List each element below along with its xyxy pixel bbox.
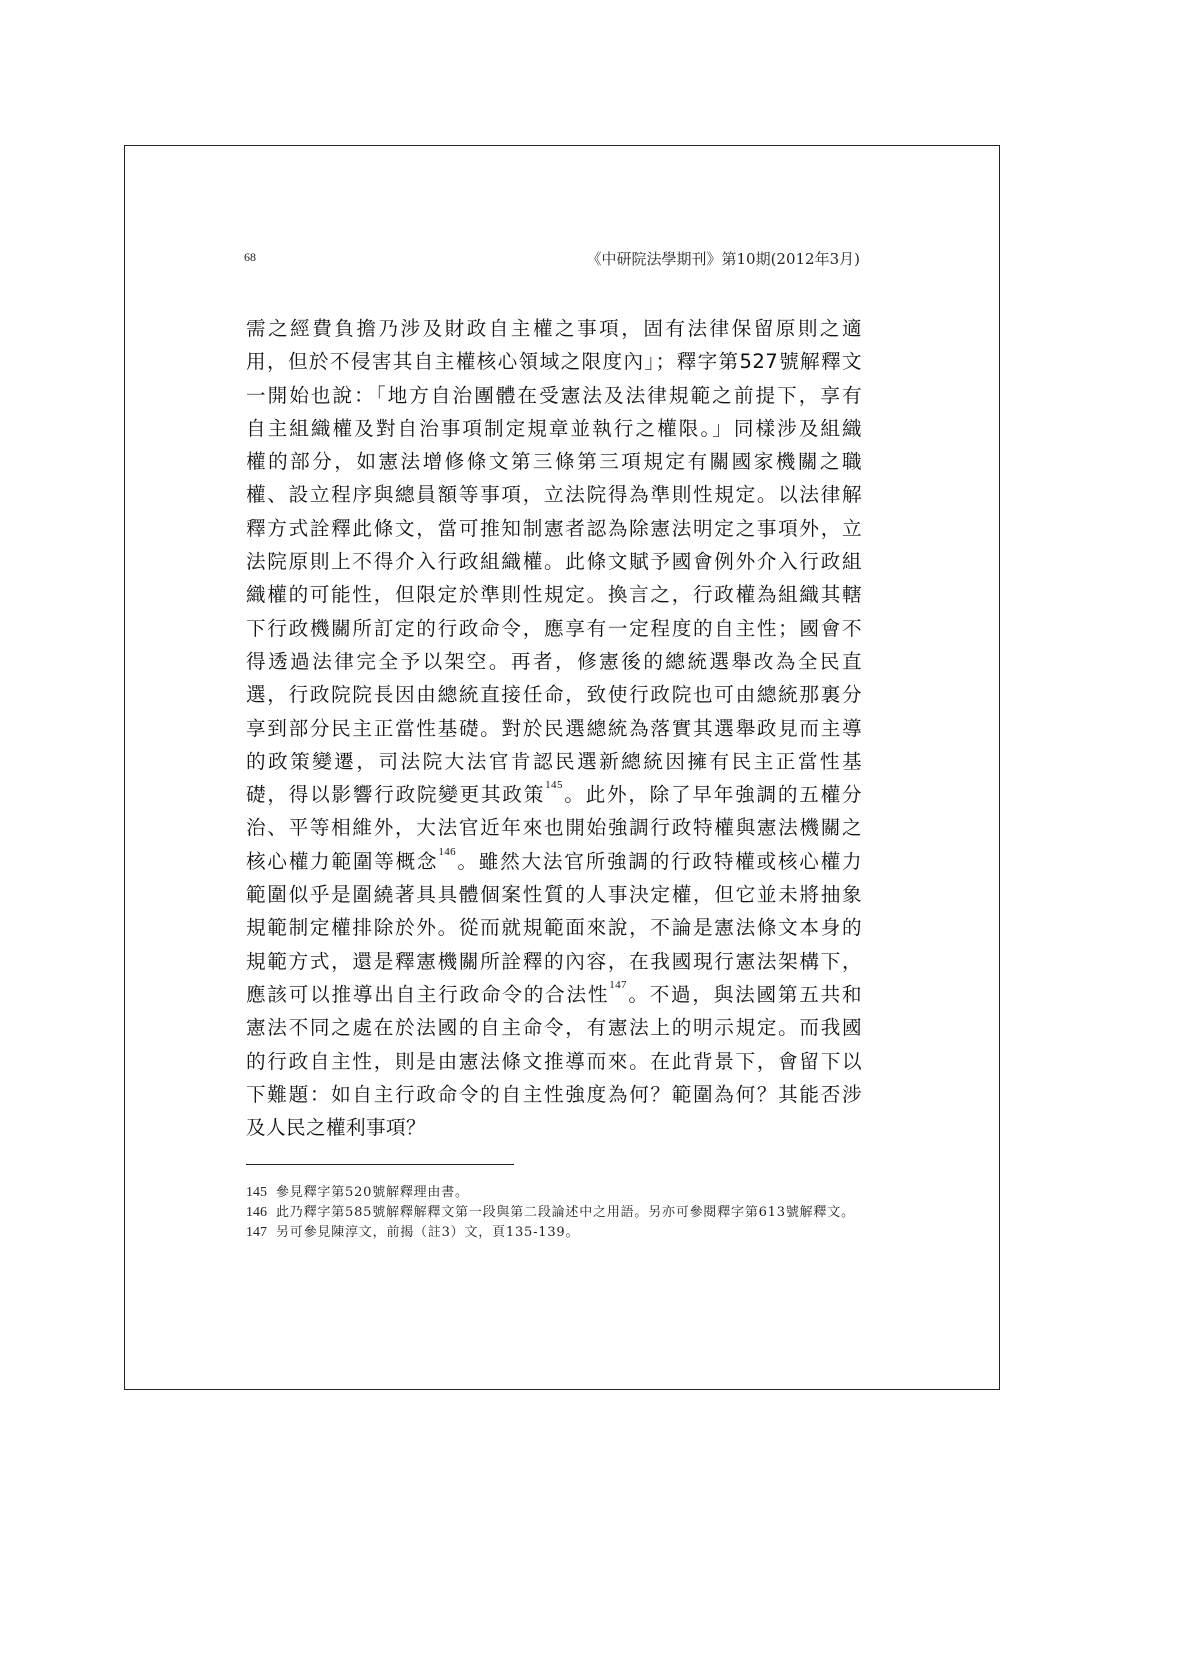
line-text: 權、設立程序與總員額等事項，立法院得為準則性規定。以法律解 <box>246 483 862 506</box>
footnote-text: 另可參見陳淳文，前揭（註3）文，頁135-139。 <box>276 1223 862 1243</box>
text-line: 應該可以推導出自主行政命令的合法性147。不過，與法國第五共和 <box>246 978 862 1011</box>
line-text: 。不過，與法國第五共和 <box>627 983 862 1006</box>
text-line: 享到部分民主正當性基礎。對於民選總統為落實其選舉政見而主導 <box>246 712 862 745</box>
line-text: 織權的可能性，但限定於準則性規定。換言之，行政權為組織其轄 <box>246 583 862 606</box>
text-line: 治、平等相維外，大法官近年來也開始強調行政特權與憲法機關之 <box>246 811 862 844</box>
footnotes: 145 參見釋字第520號解釋理由書。 146 此乃釋字第585號解釋解釋文第一… <box>246 1183 862 1243</box>
line-text: 核心權力範圍等概念 <box>246 850 438 873</box>
text-line: 織權的可能性，但限定於準則性規定。換言之，行政權為組織其轄 <box>246 578 862 611</box>
text-line: 用，但於不侵害其自主權核心領域之限度內」；釋字第527號解釋文 <box>246 345 862 378</box>
line-text: 得透過法律完全予以架空。再者，修憲後的總統選舉改為全民直 <box>246 650 862 673</box>
line-text: 的政策變遷，司法院大法官肯認民選新總統因擁有民主正當性基 <box>246 750 862 773</box>
line-text: 憲法不同之處在於法國的自主命令，有憲法上的明示規定。而我國 <box>246 1016 862 1039</box>
journal-title: 《中研院法學期刊》第10期(2012年3月) <box>586 248 860 269</box>
text-line: 法院原則上不得介入行政組織權。此條文賦予國會例外介入行政組 <box>246 545 862 578</box>
text-line: 得透過法律完全予以架空。再者，修憲後的總統選舉改為全民直 <box>246 645 862 678</box>
line-text: 自主組織權及對自治事項制定規章並執行之權限。」同樣涉及組織 <box>246 417 862 440</box>
line-text: 及人民之權利事項？ <box>246 1116 426 1139</box>
line-text: 治、平等相維外，大法官近年來也開始強調行政特權與憲法機關之 <box>246 816 862 839</box>
line-text: 下行政機關所訂定的行政命令，應享有一定程度的自主性；國會不 <box>246 617 862 640</box>
footnote-ref-147[interactable]: 147 <box>609 979 627 991</box>
line-text: 用，但於不侵害其自主權核心領域之限度內」；釋字第527號解釋文 <box>246 350 862 373</box>
line-text: 下難題：如自主行政命令的自主性強度為何？範圍為何？其能否涉 <box>246 1083 862 1106</box>
footnote-146: 146 此乃釋字第585號解釋解釋文第一段與第二段論述中之用語。另亦可參閱釋字第… <box>246 1203 862 1223</box>
footnote-text: 此乃釋字第585號解釋解釋文第一段與第二段論述中之用語。另亦可參閱釋字第613號… <box>276 1203 862 1223</box>
text-line: 核心權力範圍等概念146。雖然大法官所強調的行政特權或核心權力 <box>246 845 862 878</box>
footnote-number: 145 <box>246 1183 276 1203</box>
line-text: 礎，得以影響行政院變更其政策 <box>246 783 545 806</box>
text-line: 規範方式，還是釋憲機關所詮釋的內容，在我國現行憲法架構下， <box>246 945 862 978</box>
footnote-147: 147 另可參見陳淳文，前揭（註3）文，頁135-139。 <box>246 1223 862 1243</box>
line-text: 享到部分民主正當性基礎。對於民選總統為落實其選舉政見而主導 <box>246 717 862 740</box>
text-line: 憲法不同之處在於法國的自主命令，有憲法上的明示規定。而我國 <box>246 1011 862 1044</box>
line-text: 。雖然大法官所強調的行政特權或核心權力 <box>456 850 862 873</box>
footnote-text: 參見釋字第520號解釋理由書。 <box>276 1183 862 1203</box>
line-text: 選，行政院院長因由總統直接任命，致使行政院也可由總統那裏分 <box>246 683 862 706</box>
footnote-ref-145[interactable]: 145 <box>545 779 563 791</box>
footnote-number: 147 <box>246 1223 276 1243</box>
running-header: 68 《中研院法學期刊》第10期(2012年3月) <box>244 248 860 268</box>
line-text: 應該可以推導出自主行政命令的合法性 <box>246 983 609 1006</box>
text-line: 及人民之權利事項？ <box>246 1111 862 1144</box>
text-line: 需之經費負擔乃涉及財政自主權之事項，固有法律保留原則之適 <box>246 312 862 345</box>
text-line: 規範制定權排除於外。從而就規範面來說，不論是憲法條文本身的 <box>246 911 862 944</box>
footnote-separator <box>246 1164 514 1165</box>
text-line: 權的部分，如憲法增修條文第三條第三項規定有關國家機關之職 <box>246 445 862 478</box>
footnote-number: 146 <box>246 1203 276 1223</box>
line-text: 規範方式，還是釋憲機關所詮釋的內容，在我國現行憲法架構下， <box>246 950 862 973</box>
line-text: 一開始也說：「地方自治團體在受憲法及法律規範之前提下，享有 <box>246 384 862 407</box>
line-text: 範圍似乎是圍繞著具具體個案性質的人事決定權，但它並未將抽象 <box>246 883 862 906</box>
text-line: 的政策變遷，司法院大法官肯認民選新總統因擁有民主正當性基 <box>246 745 862 778</box>
text-line: 下行政機關所訂定的行政命令，應享有一定程度的自主性；國會不 <box>246 612 862 645</box>
text-line: 權、設立程序與總員額等事項，立法院得為準則性規定。以法律解 <box>246 478 862 511</box>
line-text: 需之經費負擔乃涉及財政自主權之事項，固有法律保留原則之適 <box>246 317 862 340</box>
text-line: 釋方式詮釋此條文，當可推知制憲者認為除憲法明定之事項外，立 <box>246 512 862 545</box>
text-line: 範圍似乎是圍繞著具具體個案性質的人事決定權，但它並未將抽象 <box>246 878 862 911</box>
text-line: 礎，得以影響行政院變更其政策145。此外，除了早年強調的五權分 <box>246 778 862 811</box>
line-text: 規範制定權排除於外。從而就規範面來說，不論是憲法條文本身的 <box>246 916 862 939</box>
text-line: 一開始也說：「地方自治團體在受憲法及法律規範之前提下，享有 <box>246 379 862 412</box>
text-line: 自主組織權及對自治事項制定規章並執行之權限。」同樣涉及組織 <box>246 412 862 445</box>
line-text: 權的部分，如憲法增修條文第三條第三項規定有關國家機關之職 <box>246 450 862 473</box>
line-text: 法院原則上不得介入行政組織權。此條文賦予國會例外介入行政組 <box>246 550 862 573</box>
footnote-145: 145 參見釋字第520號解釋理由書。 <box>246 1183 862 1203</box>
text-line: 下難題：如自主行政命令的自主性強度為何？範圍為何？其能否涉 <box>246 1078 862 1111</box>
body-paragraph: 需之經費負擔乃涉及財政自主權之事項，固有法律保留原則之適 用，但於不侵害其自主權… <box>246 312 862 1144</box>
text-line: 的行政自主性，則是由憲法條文推導而來。在此背景下，會留下以 <box>246 1045 862 1078</box>
page-number: 68 <box>244 250 256 265</box>
line-text: 。此外，除了早年強調的五權分 <box>563 783 862 806</box>
line-text: 的行政自主性，則是由憲法條文推導而來。在此背景下，會留下以 <box>246 1050 862 1073</box>
footnote-ref-146[interactable]: 146 <box>438 846 456 858</box>
text-line: 選，行政院院長因由總統直接任命，致使行政院也可由總統那裏分 <box>246 678 862 711</box>
line-text: 釋方式詮釋此條文，當可推知制憲者認為除憲法明定之事項外，立 <box>246 517 862 540</box>
